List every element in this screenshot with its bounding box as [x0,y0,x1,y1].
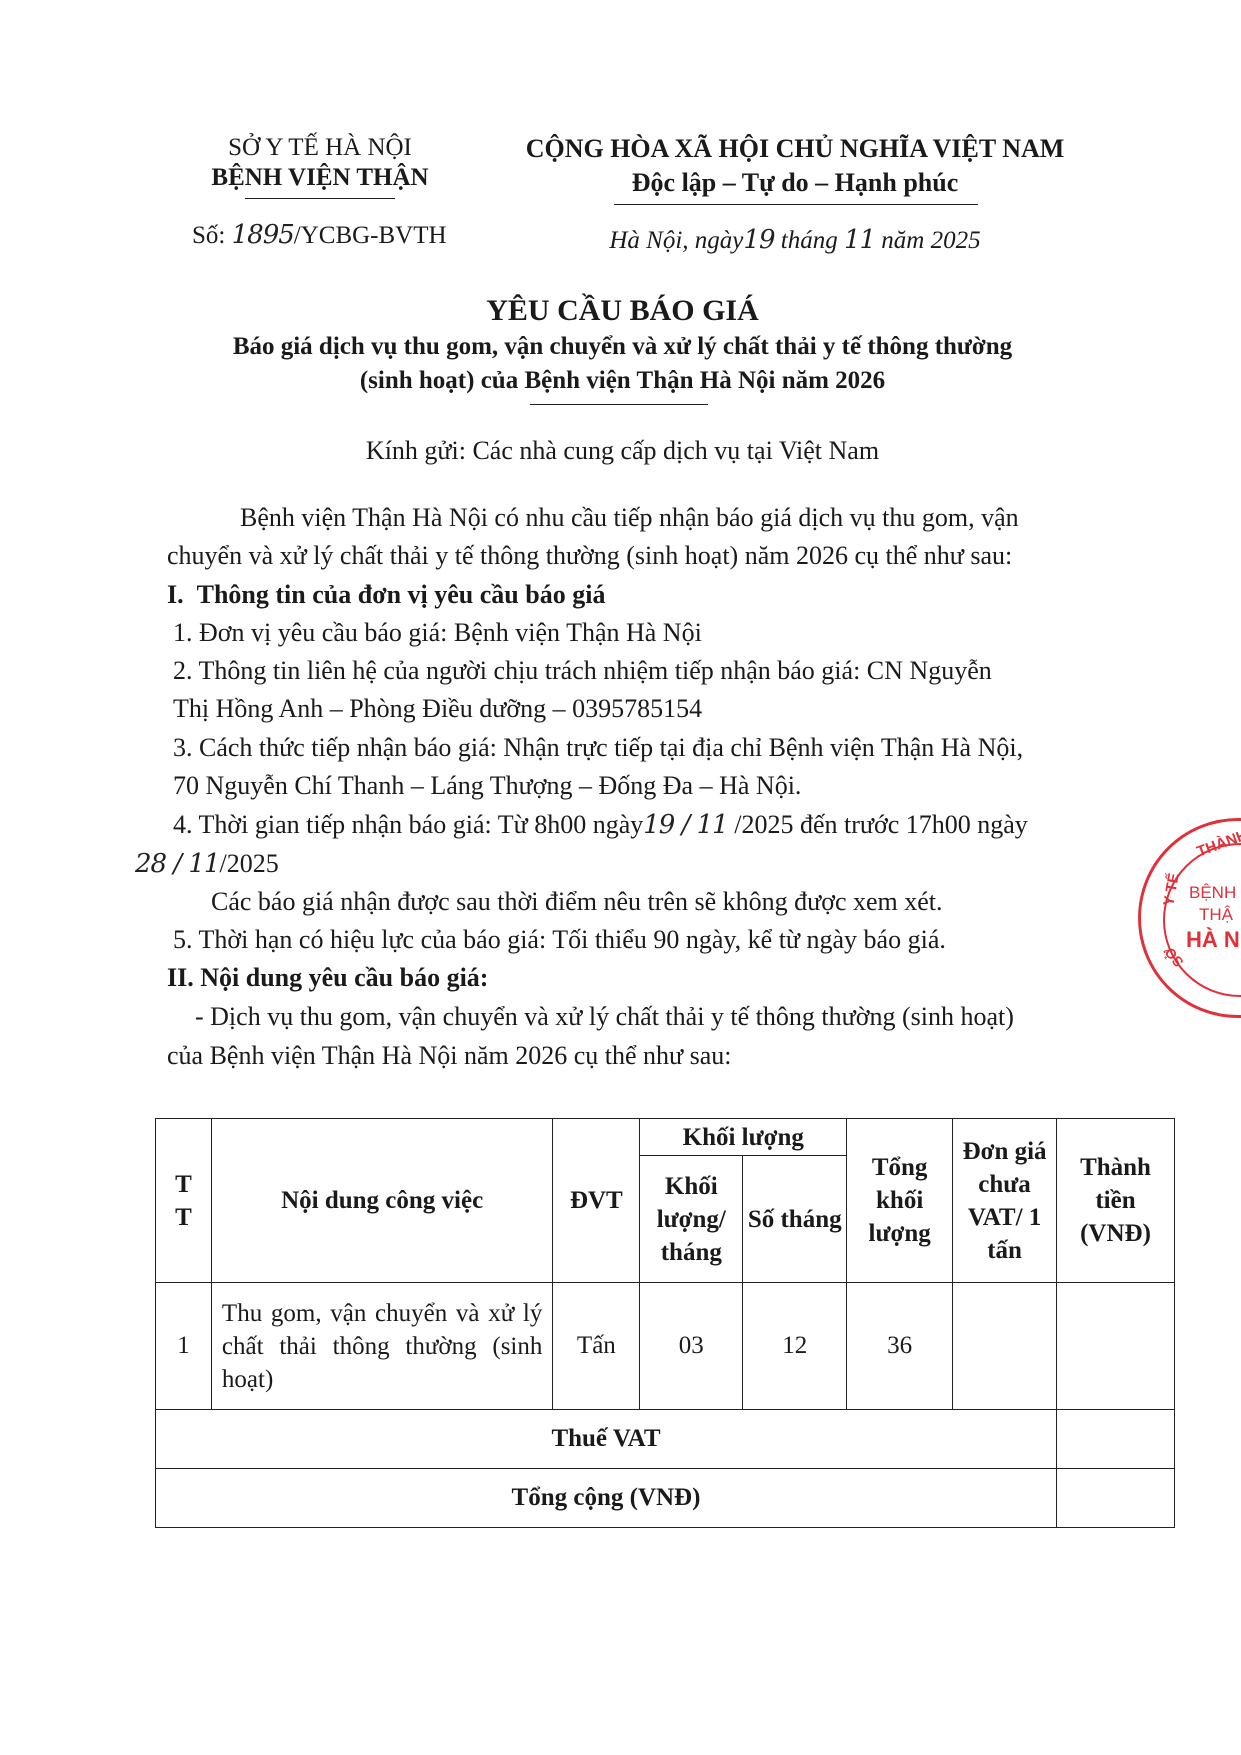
item4-start-day-handwritten: 19 [643,810,674,840]
stamp-line3: HÀ N [1186,927,1240,953]
nation-title: CỘNG HÒA XÃ HỘI CHỦ NGHĨA VIỆT NAM [505,134,1085,164]
cell-unit-price [953,1283,1057,1410]
doc-no-handwritten: 1895 [232,220,294,250]
vat-value [1057,1410,1175,1469]
total-label: Tổng cộng (VNĐ) [156,1469,1057,1528]
col-header-volume-per-month: Khối lượng/ tháng [640,1156,743,1283]
quotation-table: T T Nội dung công việc ĐVT Khối lượng Tổ… [155,1118,1175,1528]
official-red-stamp: THÀNH Y TẾ SỞ BỆNH THẬ HÀ N ★ [1138,818,1241,1018]
cell-content: Thu gom, vận chuyển và xử lý chất thải t… [211,1283,552,1410]
doc-no-label: Số: [192,222,225,249]
document-title: YÊU CẦU BÁO GIÁ [150,294,1095,328]
cell-months: 12 [743,1283,847,1410]
table-row: 1 Thu gom, vận chuyển và xử lý chất thải… [156,1283,1175,1410]
section1-item4-line2: 28 / 11/2025 [135,849,279,879]
section2-heading: II. Nội dung yêu cầu báo giá: [167,963,488,993]
col-header-unit: ĐVT [553,1119,640,1283]
motto-underline [614,204,978,205]
date-year: năm 2025 [881,227,980,254]
intro-line2: chuyển và xử lý chất thải y tế thông thư… [167,541,1012,571]
document-number: Số: 1895/YCBG-BVTH [192,220,447,250]
col-header-amount: Thành tiền (VNĐ) [1057,1119,1175,1283]
section1-item2-line1: 2. Thông tin liên hệ của người chịu trác… [173,656,992,686]
col-header-months: Số tháng [743,1156,847,1283]
section1-item3-line1: 3. Cách thức tiếp nhận báo giá: Nhận trự… [173,733,1023,763]
cell-volume-per-month: 03 [640,1283,743,1410]
hospital-name: BỆNH VIỆN THẬN [190,164,450,192]
total-row: Tổng cộng (VNĐ) [156,1469,1175,1528]
col-header-volume-group: Khối lượng [640,1119,847,1156]
section1-item2-line2: Thị Hồng Anh – Phòng Điều dưỡng – 039578… [173,694,702,724]
intro-line1: Bệnh viện Thận Hà Nội có nhu cầu tiếp nh… [240,503,1019,533]
section1-item3-line2: 70 Nguyễn Chí Thanh – Láng Thượng – Đống… [173,771,801,801]
date-prefix: Hà Nội, ngày [609,227,743,254]
issue-date: Hà Nội, ngày19 tháng 11 năm 2025 [505,225,1085,255]
total-value [1057,1469,1175,1528]
section1-item4-line1: 4. Thời gian tiếp nhận báo giá: Từ 8h00 … [173,810,1028,840]
nation-motto: Độc lập – Tự do – Hạnh phúc [505,168,1085,198]
cell-amount [1057,1283,1175,1410]
vat-label: Thuế VAT [156,1410,1057,1469]
section1-title: Thông tin của đơn vị yêu cầu báo giá [197,580,606,609]
col-header-content: Nội dung công việc [211,1119,552,1283]
recipient-line: Kính gửi: Các nhà cung cấp dịch vụ tại V… [150,436,1095,466]
item4-end-day-handwritten: 28 [135,849,166,879]
date-day-handwritten: 19 [743,225,774,255]
item4-end-year: /2025 [219,849,278,878]
section1-number: I. [167,580,184,609]
cell-tt: 1 [156,1283,212,1410]
section1-item5: 5. Thời hạn có hiệu lực của báo giá: Tối… [173,925,946,955]
document-subtitle-line2: (sinh hoạt) của Bệnh viện Thận Hà Nội nă… [150,367,1095,395]
item4-start-month-handwritten: 11 [697,810,728,840]
section1-item4-note: Các báo giá nhận được sau thời điểm nêu … [211,887,943,917]
vat-row: Thuế VAT [156,1410,1175,1469]
section2-line1: - Dịch vụ thu gom, vận chuyển và xử lý c… [195,1002,1014,1032]
title-underline [530,404,708,405]
item4-prefix: 4. Thời gian tiếp nhận báo giá: Từ 8h00 … [173,810,643,839]
item4-mid: /2025 đến trước 17h00 ngày [734,810,1028,839]
stamp-line1: BỆNH [1189,883,1236,903]
cell-unit: Tấn [553,1283,640,1410]
item4-end-month-handwritten: 11 [188,849,219,879]
doc-no-suffix: /YCBG-BVTH [294,222,447,249]
agency-name: SỞ Y TẾ HÀ NỘI [190,134,450,162]
section1-item1: 1. Đơn vị yêu cầu báo giá: Bệnh viện Thậ… [173,618,702,648]
date-month-handwritten: 11 [844,225,875,255]
col-header-tt: T T [156,1119,212,1283]
section1-heading: I. Thông tin của đơn vị yêu cầu báo giá [167,580,605,610]
section2-line2: của Bệnh viện Thận Hà Nội năm 2026 cụ th… [167,1041,732,1071]
header-left-underline [245,198,395,199]
cell-total-volume: 36 [847,1283,953,1410]
stamp-line2: THẬ [1199,905,1233,925]
col-header-total-volume: Tổng khối lượng [847,1119,953,1283]
col-header-unit-price: Đơn giá chưa VAT/ 1 tấn [953,1119,1057,1283]
date-month-label: tháng [781,227,838,254]
document-subtitle-line1: Báo giá dịch vụ thu gom, vận chuyển và x… [150,333,1095,361]
